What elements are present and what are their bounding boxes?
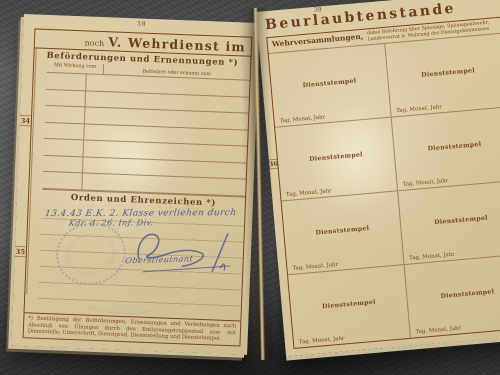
date-label: Tag, Monat, Jahr	[402, 178, 448, 188]
ink-stamp-arc	[78, 277, 169, 315]
dienststempel-label: Dienststempel	[395, 138, 500, 155]
date-label: Tag, Monat, Jahr	[415, 325, 461, 335]
dienststempel-label: Dienststempel	[284, 222, 400, 239]
orders-section: Orden und Ehrenzeichen *) 13.4.43 E.K. 2…	[38, 188, 246, 320]
dienststempel-label: Dienststempel	[401, 211, 500, 228]
header-prefix: noch	[84, 38, 104, 48]
stamp-cell: Dienststempel Tag, Monat, Jahr	[288, 265, 411, 348]
date-label: Tag, Monat, Jahr	[409, 252, 455, 262]
stamp-cell: Dienststempel Tag, Monat, Jahr	[269, 44, 392, 127]
margin-number-35: 35	[15, 246, 26, 257]
dienststempel-label: Dienststempel	[407, 285, 500, 302]
margin-number-34: 34	[20, 115, 31, 126]
stamp-cell: Dienststempel Tag, Monat, Jahr	[385, 33, 500, 116]
dienststempel-label: Dienststempel	[271, 74, 387, 91]
signature-scribble	[124, 224, 236, 280]
date-label: Tag, Monat, Jahr	[299, 336, 345, 346]
dienststempel-label: Dienststempel	[388, 64, 500, 81]
stamp-cell: Dienststempel Tag, Monat, Jahr	[398, 181, 500, 264]
dienststempel-label: Dienststempel	[291, 296, 407, 313]
photo-background-carpet: 38 noch V. Wehrdienst im Beförderungen u…	[0, 0, 500, 375]
handwritten-signature-rank: Oberstleutnant	[125, 254, 194, 265]
date-label: Tag, Monat, Jahr	[396, 104, 442, 114]
right-page-frame: Wehrversammlungen, dabei Belehrung über …	[266, 16, 500, 349]
stamp-cell: Dienststempel Tag, Monat, Jahr	[275, 118, 398, 201]
date-label: Tag, Monat, Jahr	[286, 188, 332, 198]
stamp-grid: Dienststempel Tag, Monat, Jahr Dienstste…	[269, 32, 500, 348]
dienststempel-label: Dienststempel	[278, 148, 394, 165]
date-label: Tag, Monat, Jahr	[279, 114, 325, 124]
right-page: 39 Beurlaubtenstande Wehrversammlungen, …	[256, 0, 500, 357]
stamp-cell: Dienststempel Tag, Monat, Jahr	[392, 107, 500, 190]
left-page: 38 noch V. Wehrdienst im Beförderungen u…	[11, 14, 260, 355]
date-label: Tag, Monat, Jahr	[292, 262, 338, 272]
orders-entry-area: 13.4.43 E.K. 2. Klasse verliehen durch K…	[38, 202, 245, 320]
left-page-frame: noch V. Wehrdienst im Beförderungen und …	[23, 28, 253, 346]
handwritten-award-entry: 13.4.43 E.K. 2. Klasse verliehen durch	[44, 208, 237, 219]
stamp-cell: Dienststempel Tag, Monat, Jahr	[282, 191, 405, 274]
stamp-cell: Dienststempel Tag, Monat, Jahr	[405, 255, 500, 338]
